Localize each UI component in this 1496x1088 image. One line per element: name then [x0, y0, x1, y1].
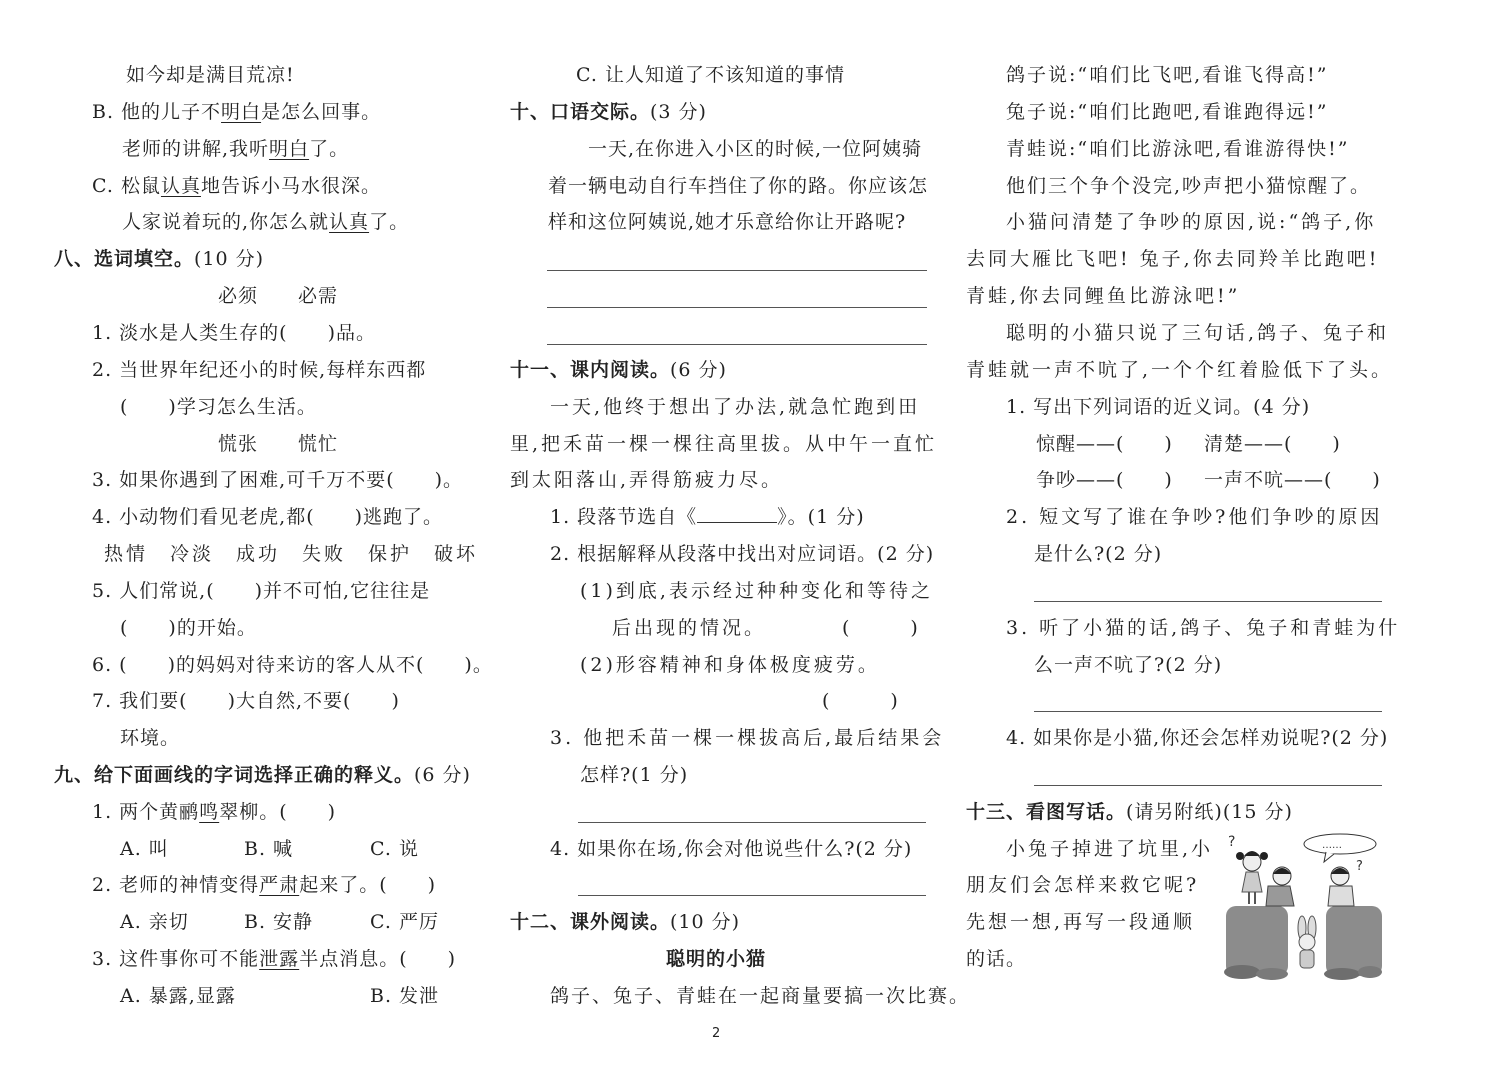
underlined-word: 严肃 [259, 874, 299, 896]
answer-line[interactable] [547, 344, 927, 345]
s13-prompt-line3: 先想一想,再写一段通顺 [966, 909, 1195, 935]
underlined-word: 泄露 [259, 948, 299, 970]
s10-paragraph-line1: 一天,在你进入小区的时候,一位阿姨骑 [588, 136, 922, 162]
s11-paragraph-line1: 一天,他终于想出了办法,就急忙跑到田 [550, 394, 920, 420]
answer-line[interactable] [1034, 601, 1382, 602]
svg-text:……: …… [1322, 840, 1342, 851]
s8-q2-line2: ( )学习怎么生活。 [120, 394, 317, 420]
s11-q2: 2. 根据解释从段落中找出对应词语。(2 分) [550, 541, 934, 567]
underlined-word: 认真 [161, 175, 201, 197]
s9-q1-option-a: A. 叫 [120, 836, 169, 862]
answer-line[interactable] [578, 895, 926, 896]
q7-option-c-line2: 人家说着玩的,你怎么就认真了。 [122, 209, 409, 235]
s9-q1: 1. 两个黄鹂鸣翠柳。( ) [92, 799, 336, 825]
s12-q1-item-4: 一声不吭——( ) [1204, 467, 1381, 493]
q7-option-c-line1: C. 松鼠认真地告诉小马水很深。 [92, 173, 381, 199]
story-line-4: 他们三个争个没完,吵声把小猫惊醒了。 [1006, 173, 1371, 199]
underlined-word: 认真 [329, 211, 369, 233]
s8-q6: 6. ( )的妈妈对待来访的客人从不( )。 [92, 652, 493, 678]
s12-q3-line2: 么一声不吭了?(2 分) [1034, 652, 1222, 678]
s11-q4: 4. 如果你在场,你会对他说些什么?(2 分) [550, 836, 912, 862]
svg-text:?: ? [1356, 859, 1363, 874]
s12-q2-line2: 是什么?(2 分) [1034, 541, 1162, 567]
word-choices-1: 必须 必需 [218, 283, 338, 309]
section-11-heading: 十一、课内阅读。(6 分) [510, 357, 727, 383]
s9-q3-option-a: A. 暴露,显露 [120, 983, 236, 1009]
underlined-word: 明白 [221, 101, 261, 123]
story-paragraph-1: 鸽子、兔子、青蛙在一起商量要搞一次比赛。 [550, 983, 970, 1009]
s12-q1: 1. 写出下列词语的近义词。(4 分) [1006, 394, 1310, 420]
s12-q1-item-1: 惊醒——( ) [1036, 431, 1173, 457]
story-line-6: 去同大雁比飞吧! 兔子,你去同羚羊比跑吧! [966, 246, 1379, 272]
s11-q3-line2: 怎样?(1 分) [580, 762, 688, 788]
word-choices-2: 慌张 慌忙 [218, 431, 338, 457]
s13-prompt-line2: 朋友们会怎样来救它呢? [966, 872, 1199, 898]
q7-option-a-line2: 如今却是满目荒凉! [126, 62, 295, 88]
s12-q1-item-2: 清楚——( ) [1204, 431, 1341, 457]
s13-prompt-line4: 的话。 [966, 946, 1026, 972]
s11-q3-line1: 3. 他把禾苗一棵一棵拔高后,最后结果会 [550, 725, 944, 751]
s8-q7-line2: 环境。 [120, 725, 180, 751]
s8-q2-line1: 2. 当世界年纪还小的时候,每样东西都 [92, 357, 426, 383]
s11-q1: 1. 段落节选自《》。(1 分) [550, 504, 865, 530]
story-title: 聪明的小猫 [666, 946, 766, 972]
story-line-3: 青蛙说:“咱们比游泳吧,看谁游得快!” [1006, 136, 1350, 162]
story-line-9: 青蛙就一声不吭了,一个个红着脸低下了头。 [966, 357, 1393, 383]
story-line-1: 鸽子说:“咱们比飞吧,看谁飞得高!” [1006, 62, 1329, 88]
answer-line[interactable] [1034, 711, 1382, 712]
answer-line[interactable] [547, 307, 927, 308]
section-12-heading: 十二、课外阅读。(10 分) [510, 909, 740, 935]
children-rescuing-rabbit-illustration: ? ? …… [1222, 832, 1384, 982]
s9-q3-option-b: B. 发泄 [370, 983, 439, 1009]
story-line-8: 聪明的小猫只说了三句话,鸽子、兔子和 [1006, 320, 1389, 346]
word-choices-3: 热情 冷淡 成功 失败 保护 破坏 [104, 541, 478, 567]
q7-option-b-line2: 老师的讲解,我听明白了。 [122, 136, 349, 162]
page-number: 2 [712, 1026, 720, 1041]
story-line-7: 青蛙,你去同鲤鱼比游泳吧!” [966, 283, 1240, 309]
s9-q3-option-c: C. 让人知道了不该知道的事情 [576, 62, 845, 88]
section-9-heading: 九、给下面画线的字词选择正确的释义。(6 分) [54, 762, 471, 788]
s12-q3-line1: 3. 听了小猫的话,鸽子、兔子和青蛙为什 [1006, 615, 1400, 641]
s8-q5-line1: 5. 人们常说,( )并不可怕,它往往是 [92, 578, 430, 604]
s9-q2: 2. 老师的神情变得严肃起来了。( ) [92, 872, 436, 898]
story-line-2: 兔子说:“咱们比跑吧,看谁跑得远!” [1006, 99, 1329, 125]
s8-q3: 3. 如果你遇到了困难,可千万不要( )。 [92, 467, 463, 493]
s8-q7-line1: 7. 我们要( )大自然,不要( ) [92, 688, 400, 714]
svg-text:?: ? [1228, 834, 1235, 850]
s9-q2-option-a: A. 亲切 [120, 909, 189, 935]
section-8-heading: 八、选词填空。(10 分) [54, 246, 264, 272]
s11-paragraph-line2: 里,把禾苗一棵一棵往高里拔。从中午一直忙 [510, 431, 937, 457]
underlined-word: 鸣 [199, 801, 219, 823]
answer-line[interactable] [547, 270, 927, 271]
s12-q4: 4. 如果你是小猫,你还会怎样劝说呢?(2 分) [1006, 725, 1388, 751]
s8-q5-line2: ( )的开始。 [120, 615, 257, 641]
s11-q2-1-line2: 后出现的情况。 [612, 615, 766, 641]
s12-q2-line1: 2. 短文写了谁在争吵?他们争吵的原因 [1006, 504, 1382, 530]
answer-line[interactable] [1034, 785, 1382, 786]
s11-q2-2: (2)形容精神和身体极度疲劳。 [580, 652, 880, 678]
s8-q4: 4. 小动物们看见老虎,都( )逃跑了。 [92, 504, 443, 530]
s9-q1-option-c: C. 说 [370, 836, 419, 862]
s9-q3: 3. 这件事你可不能泄露半点消息。( ) [92, 946, 456, 972]
s8-q1: 1. 淡水是人类生存的( )品。 [92, 320, 376, 346]
underlined-word: 明白 [269, 138, 309, 160]
s10-paragraph-line2: 着一辆电动自行车挡住了你的路。你应该怎 [548, 173, 928, 199]
s11-q2-1-line1: (1)到底,表示经过种种变化和等待之 [580, 578, 933, 604]
s9-q2-option-b: B. 安静 [244, 909, 313, 935]
q7-option-b-line1: B. 他的儿子不明白是怎么回事。 [92, 99, 381, 125]
s11-q2-2-answer[interactable]: ( ) [822, 688, 899, 714]
fill-in-blank[interactable] [697, 504, 777, 523]
s11-paragraph-line3: 到太阳落山,弄得筋疲力尽。 [510, 467, 783, 493]
s13-prompt-line1: 小兔子掉进了坑里,小 [1006, 836, 1213, 862]
section-13-heading: 十三、看图写话。(请另附纸)(15 分) [966, 799, 1293, 825]
s9-q2-option-c: C. 严厉 [370, 909, 439, 935]
s12-q1-item-3: 争吵——( ) [1036, 467, 1173, 493]
s9-q1-option-b: B. 喊 [244, 836, 293, 862]
section-10-heading: 十、口语交际。(3 分) [510, 99, 707, 125]
story-line-5: 小猫问清楚了争吵的原因,说:“鸽子,你 [1006, 209, 1376, 235]
answer-line[interactable] [578, 822, 926, 823]
s11-q2-1-answer[interactable]: ( ) [842, 615, 919, 641]
s10-paragraph-line3: 样和这位阿姨说,她才乐意给你让开路呢? [548, 209, 906, 235]
